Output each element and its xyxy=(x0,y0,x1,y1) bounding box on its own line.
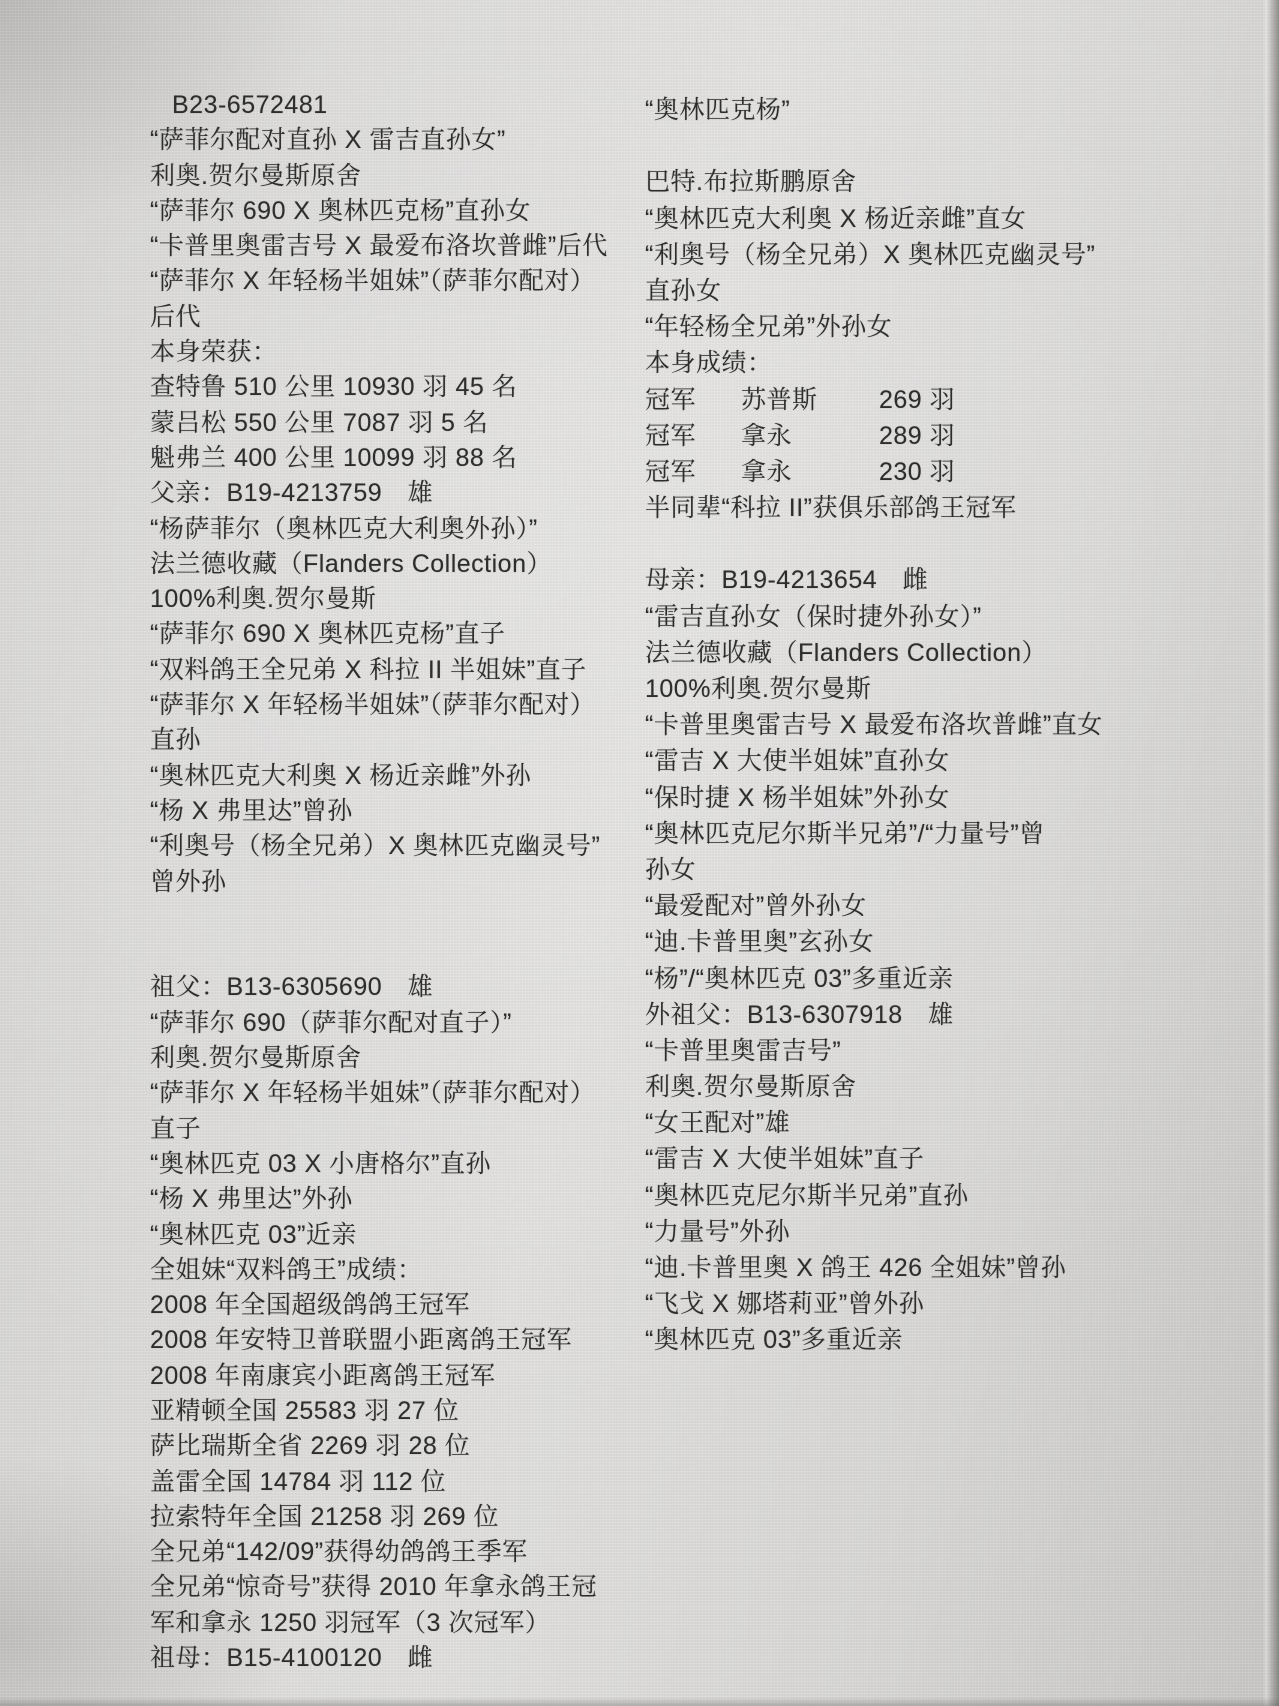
text-line: 魁弗兰 400 公里 10099 羽 88 名 xyxy=(150,441,645,476)
text-line: 亚精顿全国 25583 羽 27 位 xyxy=(150,1394,645,1429)
text-line: “最爱配对”曾外孙女 xyxy=(645,888,1205,924)
text-line: 本身成绩： xyxy=(645,345,1205,381)
text-line: 祖母：B15-4100120 雌 xyxy=(150,1641,645,1676)
text-line: 曾外孙 xyxy=(150,865,645,900)
text-line: “奥林匹克尼尔斯半兄弟”/“力量号”曾 xyxy=(645,816,1205,852)
text-line: 拉索特年全国 21258 羽 269 位 xyxy=(150,1500,645,1535)
text-line: “萨菲尔配对直孙 X 雷吉直孙女” xyxy=(150,123,645,158)
photo-page: B23-6572481“萨菲尔配对直孙 X 雷吉直孙女”利奥.贺尔曼斯原舍“萨菲… xyxy=(0,0,1279,1706)
text-line: “杨 X 弗里达”曾孙 xyxy=(150,794,645,829)
text-line: 2008 年南康宾小距离鸽王冠军 xyxy=(150,1359,645,1394)
text-line: 冠军拿永230 羽 xyxy=(645,454,1205,490)
text-line: “奥林匹克大利奥 X 杨近亲雌”直女 xyxy=(645,201,1205,237)
text-line: “萨菲尔 690 X 奥林匹克杨”直子 xyxy=(150,617,645,652)
text-line: “力量号”外孙 xyxy=(645,1214,1205,1250)
text-line: 查特鲁 510 公里 10930 羽 45 名 xyxy=(150,370,645,405)
text-line: “奥林匹克 03”近亲 xyxy=(150,1218,645,1253)
text-line: 祖父：B13-6305690 雄 xyxy=(150,970,645,1005)
text-line: 母亲：B19-4213654 雌 xyxy=(645,562,1205,598)
score-cell: 苏普斯 xyxy=(741,382,879,418)
text-line: 利奥.贺尔曼斯原舍 xyxy=(645,1069,1205,1105)
score-cell: 冠军 xyxy=(645,418,741,454)
text-line: “年轻杨全兄弟”外孙女 xyxy=(645,309,1205,345)
text-line: 全兄弟“142/09”获得幼鸽鸽王季军 xyxy=(150,1535,645,1570)
text-line: “奥林匹克 03 X 小唐格尔”直孙 xyxy=(150,1147,645,1182)
text-line: “萨菲尔 690 X 奥林匹克杨”直孙女 xyxy=(150,194,645,229)
text-line: 外祖父：B13-6307918 雄 xyxy=(645,997,1205,1033)
text-line: 直子 xyxy=(150,1112,645,1147)
text-line: “卡普里奥雷吉号 X 最爱布洛坎普雌”直女 xyxy=(645,707,1205,743)
text-line: “萨菲尔 690（萨菲尔配对直子）” xyxy=(150,1006,645,1041)
text-line xyxy=(645,526,1205,562)
text-line: “利奥号（杨全兄弟）X 奥林匹克幽灵号” xyxy=(150,829,645,864)
text-line: 军和拿永 1250 羽冠军（3 次冠军） xyxy=(150,1606,645,1641)
text-line: 盖雷全国 14784 羽 112 位 xyxy=(150,1465,645,1500)
text-line: 利奥.贺尔曼斯原舍 xyxy=(150,1041,645,1076)
text-line: 2008 年全国超级鸽鸽王冠军 xyxy=(150,1288,645,1323)
paper-bottom-edge xyxy=(0,1697,1279,1706)
text-line: “杨 X 弗里达”外孙 xyxy=(150,1182,645,1217)
text-line: 半同辈“科拉 II”获俱乐部鸽王冠军 xyxy=(645,490,1205,526)
text-line: 孙女 xyxy=(645,852,1205,888)
text-line: “保时捷 X 杨半姐妹”外孙女 xyxy=(645,780,1205,816)
score-cell: 269 羽 xyxy=(879,386,955,414)
score-cell: 冠军 xyxy=(645,454,741,490)
text-line: “雷吉 X 大使半姐妹”直孙女 xyxy=(645,743,1205,779)
text-line: “利奥号（杨全兄弟）X 奥林匹克幽灵号” xyxy=(645,237,1205,273)
text-line: “卡普里奥雷吉号” xyxy=(645,1033,1205,1069)
text-line xyxy=(645,128,1205,164)
text-line: 父亲：B19-4213759 雄 xyxy=(150,476,645,511)
text-line: “双料鸽王全兄弟 X 科拉 II 半姐妹”直子 xyxy=(150,653,645,688)
text-line: “奥林匹克 03”多重近亲 xyxy=(645,1322,1205,1358)
text-line: 法兰德收藏（Flanders Collection） xyxy=(150,547,645,582)
text-line: “卡普里奥雷吉号 X 最爱布洛坎普雌”后代 xyxy=(150,229,645,264)
text-line: “女王配对”雄 xyxy=(645,1105,1205,1141)
text-line: “萨菲尔 X 年轻杨半姐妹”（萨菲尔配对） xyxy=(150,1076,645,1111)
score-cell: 289 羽 xyxy=(879,422,955,450)
text-line: 萨比瑞斯全省 2269 羽 28 位 xyxy=(150,1429,645,1464)
score-cell: 拿永 xyxy=(741,454,879,490)
left-column: B23-6572481“萨菲尔配对直孙 X 雷吉直孙女”利奥.贺尔曼斯原舍“萨菲… xyxy=(150,88,645,1676)
text-line: 全姐妹“双料鸽王”成绩： xyxy=(150,1253,645,1288)
text-line: “杨萨菲尔（奥林匹克大利奥外孙）” xyxy=(150,512,645,547)
text-line: 直孙 xyxy=(150,723,645,758)
paper-right-edge xyxy=(1263,0,1279,1706)
text-line xyxy=(150,900,645,935)
text-line: 本身荣获： xyxy=(150,335,645,370)
score-cell: 冠军 xyxy=(645,382,741,418)
text-line: “奥林匹克杨” xyxy=(645,92,1205,128)
text-line: 巴特.布拉斯鹏原舍 xyxy=(645,164,1205,200)
text-line: 后代 xyxy=(150,300,645,335)
score-cell: 拿永 xyxy=(741,418,879,454)
text-line: “萨菲尔 X 年轻杨半姐妹”（萨菲尔配对） xyxy=(150,264,645,299)
text-line: 全兄弟“惊奇号”获得 2010 年拿永鸽王冠 xyxy=(150,1570,645,1605)
text-line: 利奥.贺尔曼斯原舍 xyxy=(150,159,645,194)
text-line: “迪.卡普里奥”玄孙女 xyxy=(645,924,1205,960)
text-line: B23-6572481 xyxy=(150,88,645,123)
text-line: 2008 年安特卫普联盟小距离鸽王冠军 xyxy=(150,1323,645,1358)
text-line: “雷吉直孙女（保时捷外孙女）” xyxy=(645,599,1205,635)
right-column: “奥林匹克杨” 巴特.布拉斯鹏原舍“奥林匹克大利奥 X 杨近亲雌”直女“利奥号（… xyxy=(645,92,1205,1359)
text-line: “奥林匹克大利奥 X 杨近亲雌”外孙 xyxy=(150,759,645,794)
text-line: 冠军苏普斯269 羽 xyxy=(645,382,1205,418)
text-line: 蒙吕松 550 公里 7087 羽 5 名 xyxy=(150,406,645,441)
text-line: 直孙女 xyxy=(645,273,1205,309)
text-line: “飞戈 X 娜塔莉亚”曾外孙 xyxy=(645,1286,1205,1322)
score-cell: 230 羽 xyxy=(879,458,955,486)
text-line: “迪.卡普里奥 X 鸽王 426 全姐妹”曾孙 xyxy=(645,1250,1205,1286)
text-line: “雷吉 X 大使半姐妹”直子 xyxy=(645,1141,1205,1177)
text-line: “奥林匹克尼尔斯半兄弟”直孙 xyxy=(645,1178,1205,1214)
text-line: 法兰德收藏（Flanders Collection） xyxy=(645,635,1205,671)
text-line: 100%利奥.贺尔曼斯 xyxy=(150,582,645,617)
text-line: 冠军拿永289 羽 xyxy=(645,418,1205,454)
text-line xyxy=(150,935,645,970)
text-line: “杨”/“奥林匹克 03”多重近亲 xyxy=(645,961,1205,997)
text-line: 100%利奥.贺尔曼斯 xyxy=(645,671,1205,707)
text-line: “萨菲尔 X 年轻杨半姐妹”（萨菲尔配对） xyxy=(150,688,645,723)
